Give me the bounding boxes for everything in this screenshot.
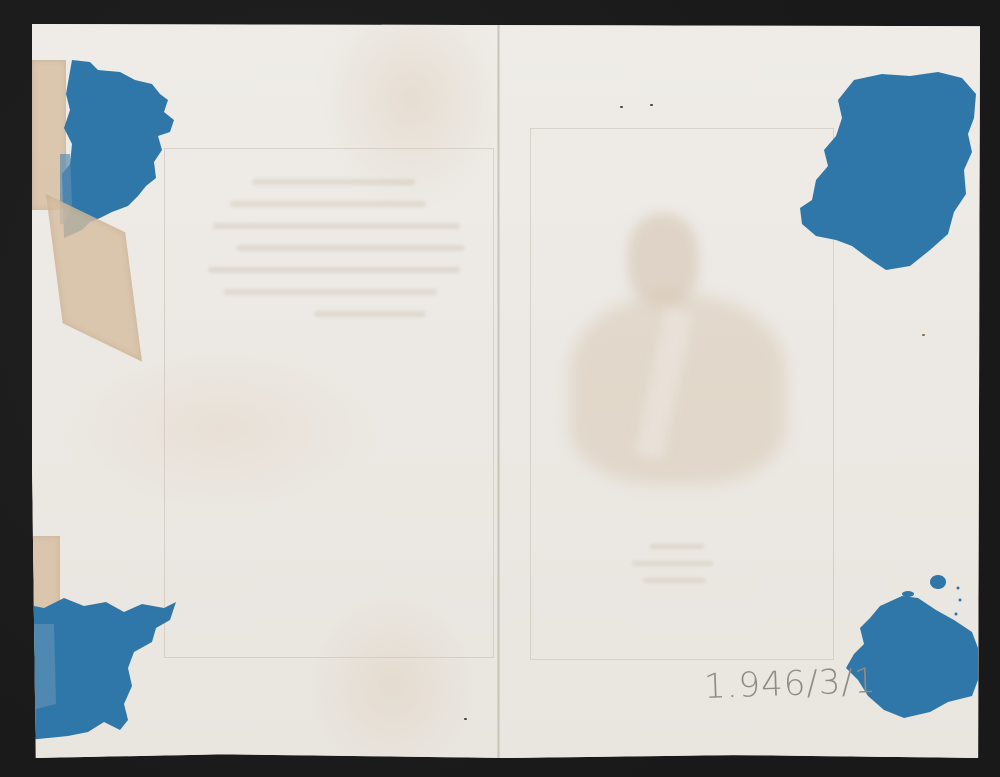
ink-speck <box>620 106 623 108</box>
blue-remnant-bottom-left <box>24 594 184 744</box>
center-fold <box>497 24 500 758</box>
show-through-text <box>202 179 482 333</box>
show-through-portrait <box>570 214 785 484</box>
paper-sheet: 1.946/3/1 <box>32 24 980 758</box>
ink-speck <box>650 104 653 106</box>
blue-remnant-top-right <box>798 70 980 276</box>
ink-speck <box>464 718 467 720</box>
show-through-caption <box>632 544 722 595</box>
foxing-spot <box>922 334 925 336</box>
pencil-inventory-number: 1.946/3/1 <box>703 661 877 707</box>
